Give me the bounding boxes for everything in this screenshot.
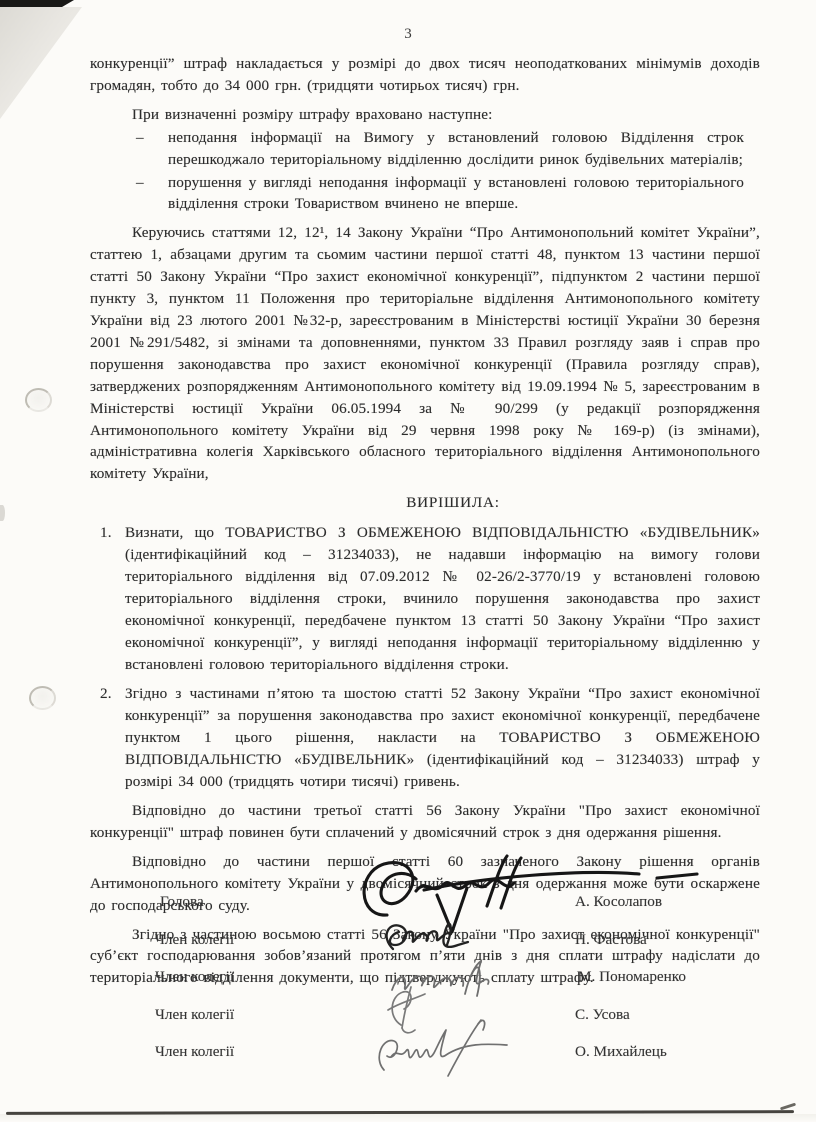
paragraph-payment-term: Відповідно до частини третьої статті 56 … bbox=[90, 800, 760, 844]
paragraph-legal-basis: Керуючись статтями 12, 12¹, 14 Закону Ук… bbox=[90, 222, 760, 485]
ponomarenko-signature-letters bbox=[392, 976, 463, 990]
signer-title: Член колегії bbox=[155, 1043, 234, 1061]
usova-signature bbox=[388, 987, 425, 1033]
item-text: Визнати, що ТОВАРИСТВО З ОБМЕЖЕНОЮ ВІДПО… bbox=[125, 522, 760, 675]
kosolapov-signature-loop bbox=[364, 863, 416, 915]
mykhailets-signature-initial bbox=[379, 1041, 397, 1070]
signer-title: Член колегії bbox=[155, 1006, 234, 1024]
list-item-text: неподання інформації на Вимогу у встанов… bbox=[168, 127, 744, 171]
list-item-repeat-violation: – порушення у вигляді неподання інформац… bbox=[90, 172, 760, 216]
mykhailets-signature-waves bbox=[391, 1030, 507, 1058]
usova-signature-hook bbox=[402, 1028, 415, 1033]
page-number: 3 bbox=[0, 26, 816, 43]
signer-title: Член колегії bbox=[155, 968, 234, 986]
bullet-dash-icon: – bbox=[136, 172, 144, 194]
item-text: Згідно з частинами п’ятою та шостою стат… bbox=[125, 683, 760, 793]
fastova-signature-tail bbox=[443, 924, 468, 947]
signer-title: Член колегії bbox=[155, 931, 234, 949]
list-item-no-information: – неподання інформації на Вимогу у встан… bbox=[90, 127, 760, 171]
ponomarenko-signature-end bbox=[465, 961, 489, 994]
hole-punch-mark-top bbox=[25, 388, 52, 412]
resolution-item-1: 1. Визнати, що ТОВАРИСТВО З ОБМЕЖЕНОЮ ВІ… bbox=[90, 522, 760, 675]
bullet-dash-icon: – bbox=[136, 127, 144, 149]
hole-punch-mark-bottom bbox=[29, 686, 56, 710]
scan-bottom-shade bbox=[0, 1114, 816, 1122]
paragraph-fine-amount: конкуренції” штраф накладається у розмір… bbox=[90, 53, 760, 97]
item-number: 2. bbox=[100, 683, 112, 705]
mykhailets-signature bbox=[379, 1020, 507, 1076]
document-page: 3 конкуренції” штраф накладається у розм… bbox=[0, 0, 816, 1122]
kosolapov-signature-descender bbox=[437, 888, 467, 932]
paragraph-fine-factors: При визначенні розміру штрафу враховано … bbox=[90, 104, 760, 126]
ponomarenko-signature bbox=[392, 961, 489, 996]
resolution-item-2: 2. Згідно з частинами п’ятою та шостою с… bbox=[90, 683, 760, 793]
mykhailets-signature-endloop bbox=[478, 1020, 485, 1030]
kosolapov-signature-dash bbox=[657, 874, 697, 878]
scan-corner-fold-shadow bbox=[0, 7, 82, 119]
signer-title: Голова bbox=[160, 893, 204, 911]
mykhailets-signature-diagonal bbox=[448, 1020, 481, 1076]
kosolapov-signature bbox=[364, 856, 697, 932]
list-item-text: порушення у вигляді неподання інформації… bbox=[168, 172, 744, 216]
item-number: 1. bbox=[100, 522, 112, 544]
usova-signature-stem bbox=[402, 987, 411, 1028]
resolution-heading: ВИРІШИЛА: bbox=[118, 492, 788, 514]
fastova-signature bbox=[387, 924, 468, 949]
signatures-overlay bbox=[340, 843, 720, 1083]
scan-edge-smudge bbox=[0, 505, 5, 521]
